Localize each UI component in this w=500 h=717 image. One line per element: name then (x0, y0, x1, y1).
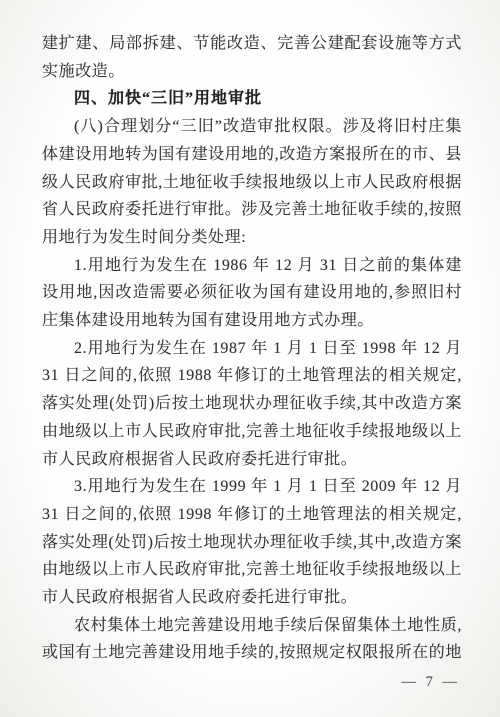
paragraph-continues-next-page: 农村集体土地完善建设用地手续后保留集体土地性质,或国有土地完善建设用地手续的,按… (42, 612, 462, 667)
section-heading: 四、加快“三旧”用地审批 (42, 85, 462, 113)
paragraph-point-2: 2.用地行为发生在 1987 年 1 月 1 日至 1998 年 12 月 31… (42, 335, 462, 474)
paragraph-continuation: 建扩建、局部拆建、节能改造、完善公建配套设施等方式实施改造。 (42, 30, 462, 85)
page-number: — 7 — (402, 674, 461, 691)
document-text-block: 建扩建、局部拆建、节能改造、完善公建配套设施等方式实施改造。 四、加快“三旧”用… (42, 30, 462, 667)
document-page: 建扩建、局部拆建、节能改造、完善公建配套设施等方式实施改造。 四、加快“三旧”用… (0, 0, 500, 717)
paragraph-point-3: 3.用地行为发生在 1999 年 1 月 1 日至 2009 年 12 月 31… (42, 473, 462, 612)
paragraph-item-8: (八)合理划分“三旧”改造审批权限。涉及将旧村庄集体建设用地转为国有建设用地的,… (42, 113, 462, 252)
paragraph-point-1: 1.用地行为发生在 1986 年 12 月 31 日之前的集体建设用地,因改造需… (42, 252, 462, 335)
